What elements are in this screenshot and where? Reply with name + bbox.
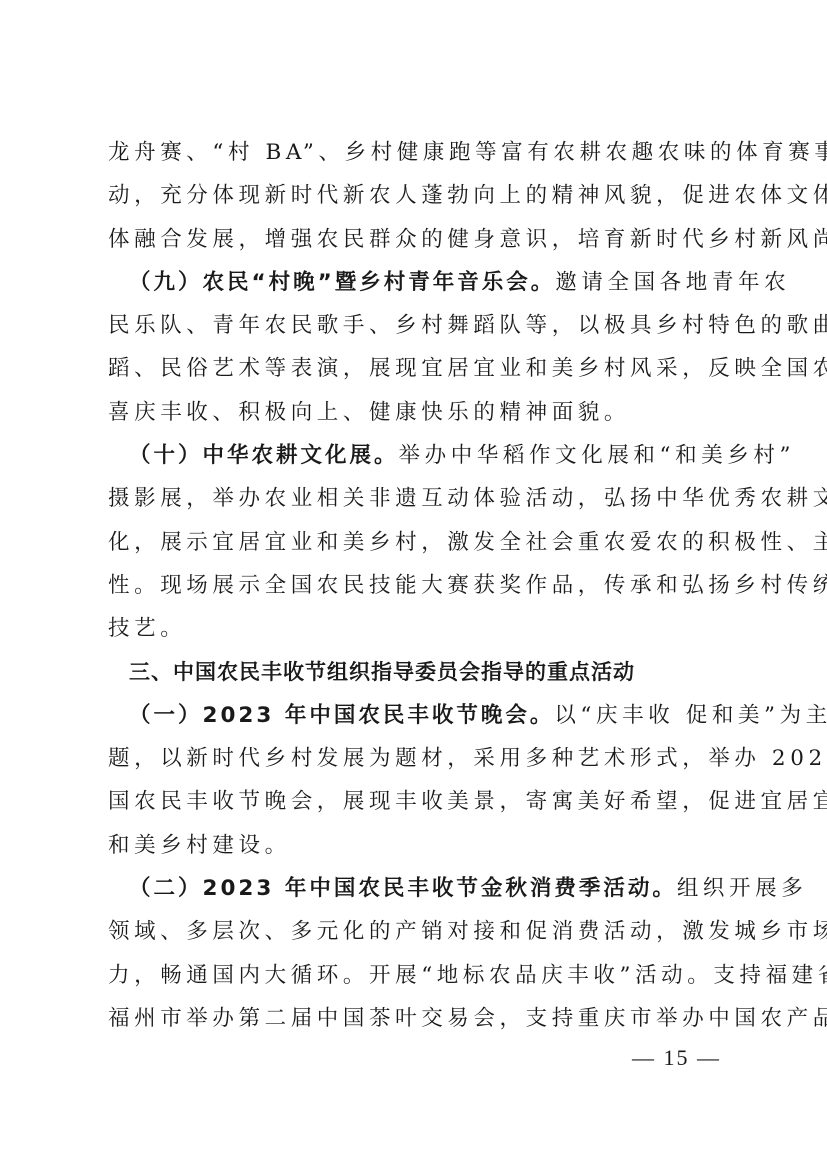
text-line: 蹈、民俗艺术等表演，展现宜居宜业和美乡村风采，反映全国农民 [108, 347, 720, 390]
text-line: 领域、多层次、多元化的产销对接和促消费活动，激发城乡市场活 [108, 910, 720, 953]
text-line: 力，畅通国内大循环。开展“地标农品庆丰收”活动。支持福建省 [108, 954, 720, 997]
section-heading: 三、中国农民丰收节组织指导委员会指导的重点活动 [108, 651, 720, 694]
text-line: （一）2023 年中国农民丰收节晚会。以“庆丰收 促和美”为主 [108, 694, 720, 737]
text-line: （二）2023 年中国农民丰收节金秋消费季活动。组织开展多 [108, 867, 720, 910]
item-title: （十）中华农耕文化展。 [129, 443, 399, 468]
document-page: 龙舟赛、“村 BA”、乡村健康跑等富有农耕农趣农味的体育赛事活 动，充分体现新时… [108, 131, 720, 1040]
text-line: 动，充分体现新时代新农人蓬勃向上的精神风貌，促进农体文体智 [108, 174, 720, 217]
text-line: 题，以新时代乡村发展为题材，采用多种艺术形式，举办 2023 年中 [108, 737, 720, 780]
text-line: 体融合发展，增强农民群众的健身意识，培育新时代乡村新风尚。 [108, 218, 720, 261]
paragraph-item-1: （一）2023 年中国农民丰收节晚会。以“庆丰收 促和美”为主 题，以新时代乡村… [108, 694, 720, 867]
item-title: （九）农民“村晚”暨乡村青年音乐会。 [129, 270, 555, 295]
text-line: 民乐队、青年农民歌手、乡村舞蹈队等，以极具乡村特色的歌曲、舞 [108, 304, 720, 347]
page-number: — 15 — [632, 1045, 721, 1071]
text-line: 性。现场展示全国农民技能大赛获奖作品，传承和弘扬乡村传统 [108, 564, 720, 607]
text-line: （十）中华农耕文化展。举办中华稻作文化展和“和美乡村” [108, 434, 720, 477]
text-line: 摄影展，举办农业相关非遗互动体验活动，弘扬中华优秀农耕文 [108, 477, 720, 520]
paragraph-continuation: 龙舟赛、“村 BA”、乡村健康跑等富有农耕农趣农味的体育赛事活 动，充分体现新时… [108, 131, 720, 261]
paragraph-item-2: （二）2023 年中国农民丰收节金秋消费季活动。组织开展多 领域、多层次、多元化… [108, 867, 720, 1040]
item-title: （一）2023 年中国农民丰收节晚会。 [129, 703, 554, 728]
item-text: 组织开展多 [677, 876, 808, 901]
text-line: 和美乡村建设。 [108, 824, 720, 867]
text-line: 化，展示宜居宜业和美乡村，激发全社会重农爱农的积极性、主动 [108, 521, 720, 564]
paragraph-item-9: （九）农民“村晚”暨乡村青年音乐会。邀请全国各地青年农 民乐队、青年农民歌手、乡… [108, 261, 720, 434]
text-line: 国农民丰收节晚会，展现丰收美景，寄寓美好希望，促进宜居宜业 [108, 780, 720, 823]
item-text: 邀请全国各地青年农 [555, 270, 790, 295]
paragraph-item-10: （十）中华农耕文化展。举办中华稻作文化展和“和美乡村” 摄影展，举办农业相关非遗… [108, 434, 720, 650]
item-title: （二）2023 年中国农民丰收节金秋消费季活动。 [129, 876, 677, 901]
text-line: 喜庆丰收、积极向上、健康快乐的精神面貌。 [108, 391, 720, 434]
text-line: （九）农民“村晚”暨乡村青年音乐会。邀请全国各地青年农 [108, 261, 720, 304]
text-line: 福州市举办第二届中国茶叶交易会，支持重庆市举办中国农产品 [108, 997, 720, 1040]
item-text: 以“庆丰收 促和美”为主 [554, 703, 827, 728]
text-line: 技艺。 [108, 607, 720, 650]
text-line: 龙舟赛、“村 BA”、乡村健康跑等富有农耕农趣农味的体育赛事活 [108, 131, 720, 174]
item-text: 举办中华稻作文化展和“和美乡村” [399, 443, 796, 468]
